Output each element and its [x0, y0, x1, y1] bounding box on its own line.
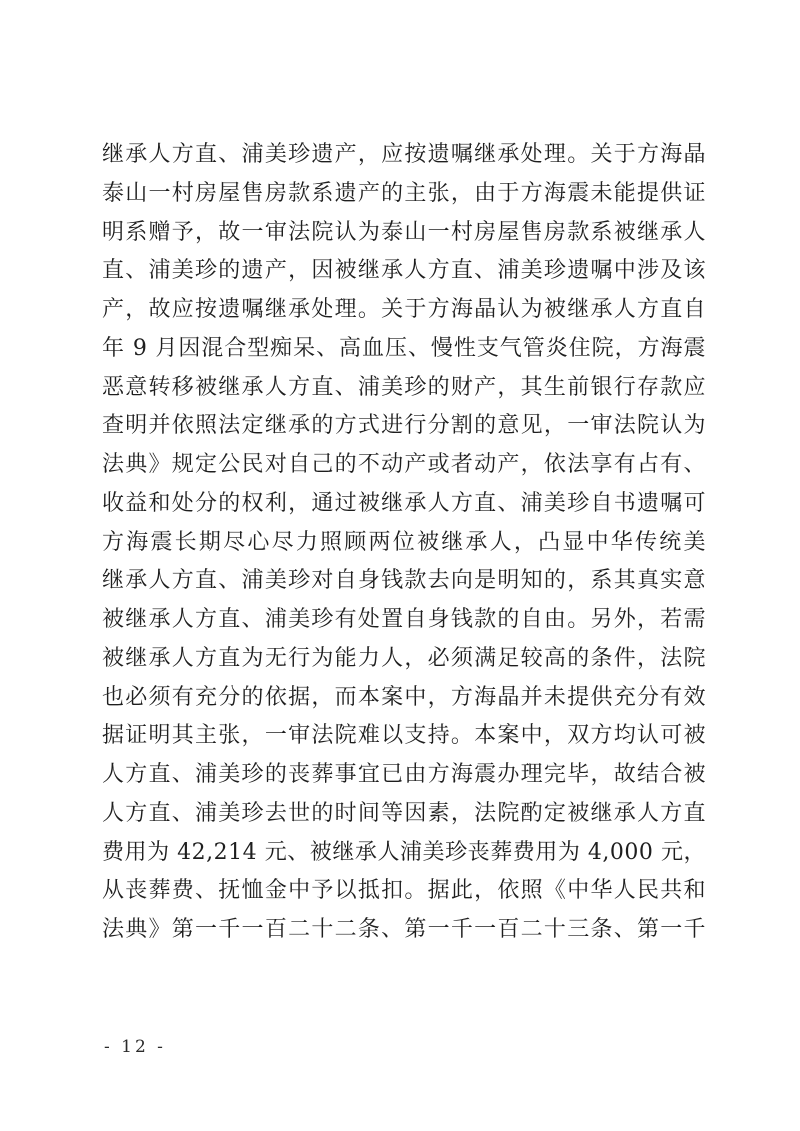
text-line: 据证明其主张，一审法院难以支持。本案中，双方均认可被继承: [102, 717, 706, 756]
text-line: 继承人方直、浦美珍对自身钱款去向是明知的，系其真实意愿，: [102, 562, 706, 601]
text-line: 法典》规定公民对自己的不动产或者动产，依法享有占有、使用、: [102, 446, 706, 485]
text-line: 从丧葬费、抚恤金中予以抵扣。据此，依照《中华人民共和国民: [102, 872, 706, 911]
text-line: 收益和处分的权利，通过被继承人方直、浦美珍自书遗嘱可得知: [102, 485, 706, 524]
document-page: 继承人方直、浦美珍遗产，应按遗嘱继承处理。关于方海晶认为泰山一村房屋售房款系遗产…: [0, 0, 800, 1131]
text-line: 恶意转移被继承人方直、浦美珍的财产，其生前银行存款应依法: [102, 369, 706, 408]
text-line: 年 9 月因混合型痴呆、高血压、慢性支气管炎住院，方海震长期: [102, 330, 706, 369]
text-line: 泰山一村房屋售房款系遗产的主张，由于方海震未能提供证据证: [102, 175, 706, 214]
text-line: 直、浦美珍的遗产，因被继承人方直、浦美珍遗嘱中涉及该套房: [102, 252, 706, 291]
text-line: 也必须有充分的依据，而本案中，方海晶并未提供充分有效的证: [102, 679, 706, 718]
text-line: 被继承人方直为无行为能力人，必须满足较高的条件，法院认定: [102, 640, 706, 679]
text-line: 产，故应按遗嘱继承处理。关于方海晶认为被继承人方直自 2020: [102, 291, 706, 330]
text-line: 方海震长期尽心尽力照顾两位被继承人，凸显中华传统美德，被: [102, 524, 706, 563]
text-line: 费用为 42,214 元、被继承人浦美珍丧葬费用为 4,000 元，一并: [102, 834, 706, 873]
body-text: 继承人方直、浦美珍遗产，应按遗嘱继承处理。关于方海晶认为泰山一村房屋售房款系遗产…: [102, 136, 706, 950]
text-line: 明系赠予，故一审法院认为泰山一村房屋售房款系被继承人方: [102, 214, 706, 253]
page-number: - 12 -: [104, 1035, 166, 1059]
text-line: 继承人方直、浦美珍遗产，应按遗嘱继承处理。关于方海晶认为: [102, 136, 706, 175]
text-line: 人方直、浦美珍去世的时间等因素，法院酌定被继承人方直丧葬: [102, 795, 706, 834]
text-line: 人方直、浦美珍的丧葬事宜已由方海震办理完毕，故结合被继承: [102, 756, 706, 795]
text-line: 查明并依照法定继承的方式进行分割的意见，一审法院认为《民: [102, 407, 706, 446]
text-line: 法典》第一千一百二十二条、第一千一百二十三条、第一千一百: [102, 911, 706, 950]
text-line: 被继承人方直、浦美珍有处置自身钱款的自由。另外，若需认定: [102, 601, 706, 640]
